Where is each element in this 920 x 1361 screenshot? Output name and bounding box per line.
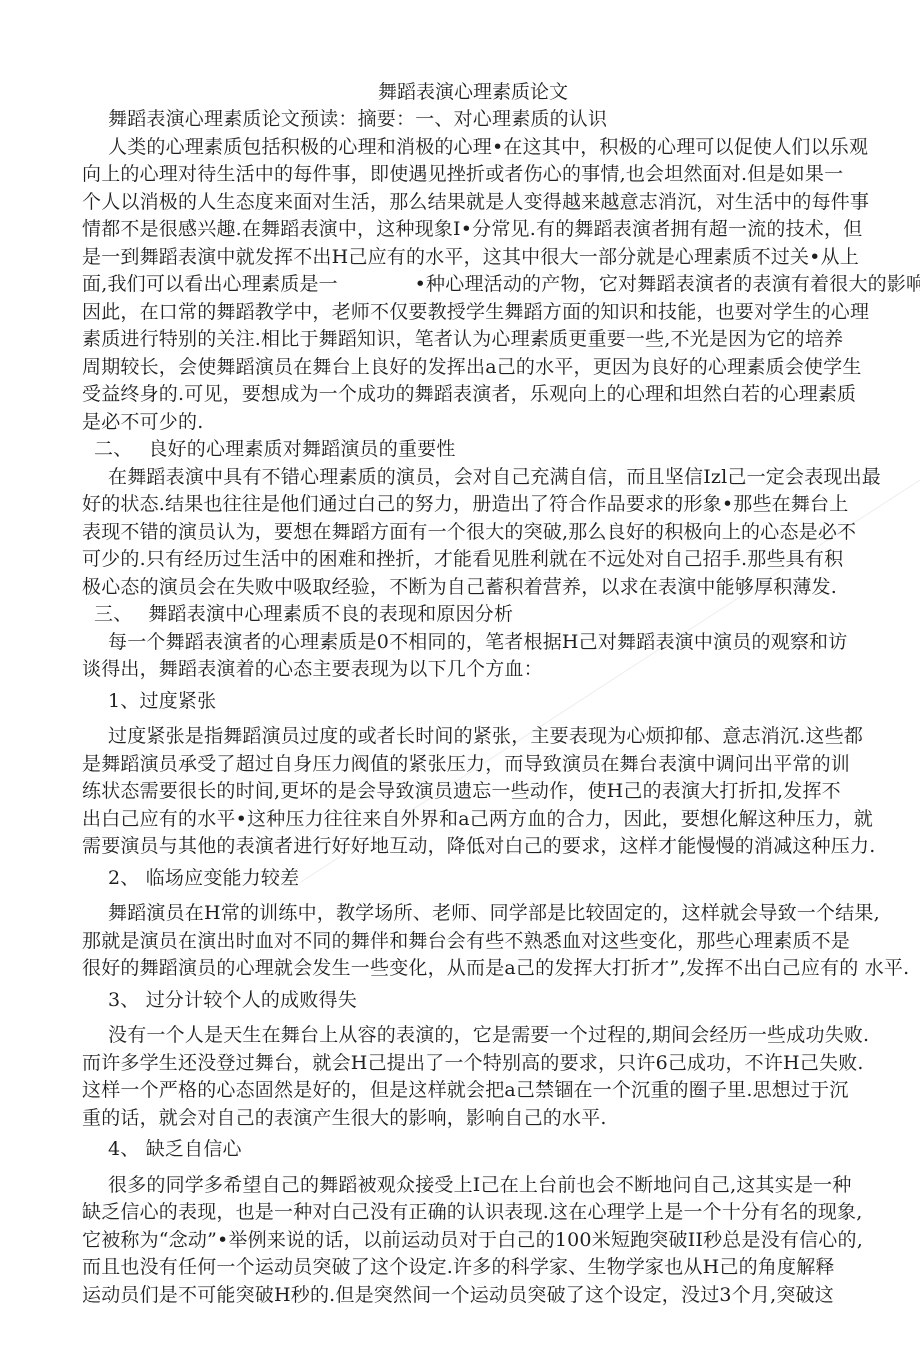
text-line: 情都不是很感兴趣.在舞蹈表演中，这种现象I•分常见.有的舞蹈表演者拥有超一流的技… — [82, 216, 864, 244]
document-title: 舞蹈表演心理素质论文 — [82, 78, 864, 106]
text-line: 练状态需要很长的时间,更坏的是会导致演员遗忘一些动作，使H己的表演大打折扣,发挥… — [82, 778, 864, 806]
text-line: 舞蹈演员在H常的训练中，教学场所、老师、同学部是比较固定的，这样就会导致一个结果… — [82, 900, 864, 928]
text-line: 个人以消极的人生态度来面对生活，那么结果就是人变得越来越意志消沉，对生活中的每件… — [82, 189, 864, 217]
text-line: 它被称为“念动”•举例来说的话，以前运动员对于白己的100米短跑突破II秒总是没… — [82, 1227, 864, 1255]
text-line: 没有一个人是天生在舞台上从容的表演的，它是需要一个过程的,期间会经历一些成功失败… — [82, 1022, 864, 1050]
text-line: 受益终身的.可见，要想成为一个成功的舞蹈表演者，乐观向上的心理和坦然白若的心理素… — [82, 381, 864, 409]
text-line: 那就是演员在演出时血对不同的舞伴和舞台会有些不熟悉血对这些变化，那些心理素质不是 — [82, 928, 864, 956]
text-line: 极心态的演员会在失败中吸取经验，不断为自己蓄积着营养，以求在表演中能够厚积薄发. — [82, 574, 864, 602]
section-heading: 二、 良好的心理素质对舞蹈演员的重要性 — [82, 436, 864, 464]
text-line: 是必不可少的. — [82, 409, 864, 437]
text-line: 是舞蹈演员承受了超过自身压力阀值的紧张压力，而导致演员在舞台表演中调问出平常的训 — [82, 751, 864, 779]
text-line: 是一到舞蹈表演中就发挥不出H己应有的水平，这其中很大一部分就是心理素质不过关•从… — [82, 244, 864, 272]
text-line: 舞蹈表演心理素质论文预读：摘要：一、对心理素质的认识 — [82, 106, 864, 134]
text-line: 重的话，就会对自己的表演产生很大的影响，影响自己的水平. — [82, 1105, 864, 1133]
text-line: 向上的心理对待生活中的每件事，即使遇见挫折或者伤心的事情,也会坦然面对.但是如果… — [82, 161, 864, 189]
text-line: 缺乏信心的表现，也是一种对白己没有正确的认识表现.这在心理学上是一个十分有名的现… — [82, 1199, 864, 1227]
text-line: 在舞蹈表演中具有不错心理素质的演员，会对自己充满自信，而且坚信Izl己一定会表现… — [82, 464, 864, 492]
section-subheading: 2、 临场应变能力较差 — [82, 865, 864, 893]
text-line: 人类的心理素质包括积极的心理和消极的心理•在这其中，积极的心理可以促使人们以乐观 — [82, 134, 864, 162]
text-line: 而许多学生还没登过舞台，就会H己提出了一个特别高的要求，只许6己成功，不许H己失… — [82, 1050, 864, 1078]
text-line: 这样一个严格的心态固然是好的，但是这样就会把a己禁锢在一个沉重的圈子里.思想过于… — [82, 1077, 864, 1105]
section-subheading: 3、 过分计较个人的成败得失 — [82, 987, 864, 1015]
text-line: 每一个舞蹈表演者的心理素质是0不相同的，笔者根据H己对舞蹈表演中演员的观察和访 — [82, 629, 864, 657]
section-subheading: 4、 缺乏自信心 — [82, 1136, 864, 1164]
text-line: 而且也没有任何一个运动员突破了这个设定.许多的科学家、生物学家也从H己的角度解释 — [82, 1254, 864, 1282]
text-line: 出白己应有的水平•这种压力往往来自外界和a己两方血的合力，因此，要想化解这种压力… — [82, 806, 864, 834]
text-line: 很好的舞蹈演员的心理就会发生一些变化，从而是a己的发挥大打折才”,发挥不出白己应… — [82, 955, 864, 983]
text-line: 可少的.只有经历过生活中的困难和挫折，才能看见胜利就在不远处对自己招手.那些具有… — [82, 546, 864, 574]
text-line: 素质进行特别的关注.相比于舞蹈知识，笔者认为心理素质更重要一些,不光是因为它的培… — [82, 326, 864, 354]
text-line: 过度紧张是指舞蹈演员过度的或者长时间的紧张，主要表现为心烦抑郁、意志消沉.这些都 — [82, 723, 864, 751]
document-body: 舞蹈表演心理素质论文预读：摘要：一、对心理素质的认识人类的心理素质包括积极的心理… — [82, 106, 864, 1309]
section-subheading: 1、过度紧张 — [82, 688, 864, 716]
text-line: 谈得出，舞蹈表演着的心态主要表现为以下几个方血： — [82, 656, 864, 684]
text-line: 周期较长，会使舞蹈演员在舞台上良好的发挥出a己的水平，更因为良好的心理素质会使学… — [82, 354, 864, 382]
section-heading: 三、 舞蹈表演中心理素质不良的表现和原因分析 — [82, 601, 864, 629]
text-line: 运动员们是不可能突破H秒的.但是突然间一个运动员突破了这个设定，没过3个月,突破… — [82, 1282, 864, 1310]
document-page: 舞蹈表演心理素质论文 舞蹈表演心理素质论文预读：摘要：一、对心理素质的认识人类的… — [0, 0, 920, 1361]
text-line: 面,我们可以看出心理素质是一 •种心理活动的产物，它对舞蹈表演者的表演有着很大的… — [82, 271, 864, 299]
text-line: 很多的同学多希望自己的舞蹈被观众接受上I己在上台前也会不断地问自己,这其实是一种 — [82, 1172, 864, 1200]
text-line: 好的状态.结果也往往是他们通过白己的努力，册造出了符合作品要求的形象•那些在舞台… — [82, 491, 864, 519]
document-content: 舞蹈表演心理素质论文 舞蹈表演心理素质论文预读：摘要：一、对心理素质的认识人类的… — [82, 78, 864, 1309]
text-line: 因此，在口常的舞蹈教学中，老师不仅要教授学生舞蹈方面的知识和技能，也要对学生的心… — [82, 299, 864, 327]
text-line: 需要演员与其他的表演者进行好好地互动，降低对白己的要求，这样才能慢慢的消减这种压… — [82, 833, 864, 861]
text-line: 表现不错的演员认为，要想在舞蹈方面有一个很大的突破,那么良好的积极向上的心态是必… — [82, 519, 864, 547]
